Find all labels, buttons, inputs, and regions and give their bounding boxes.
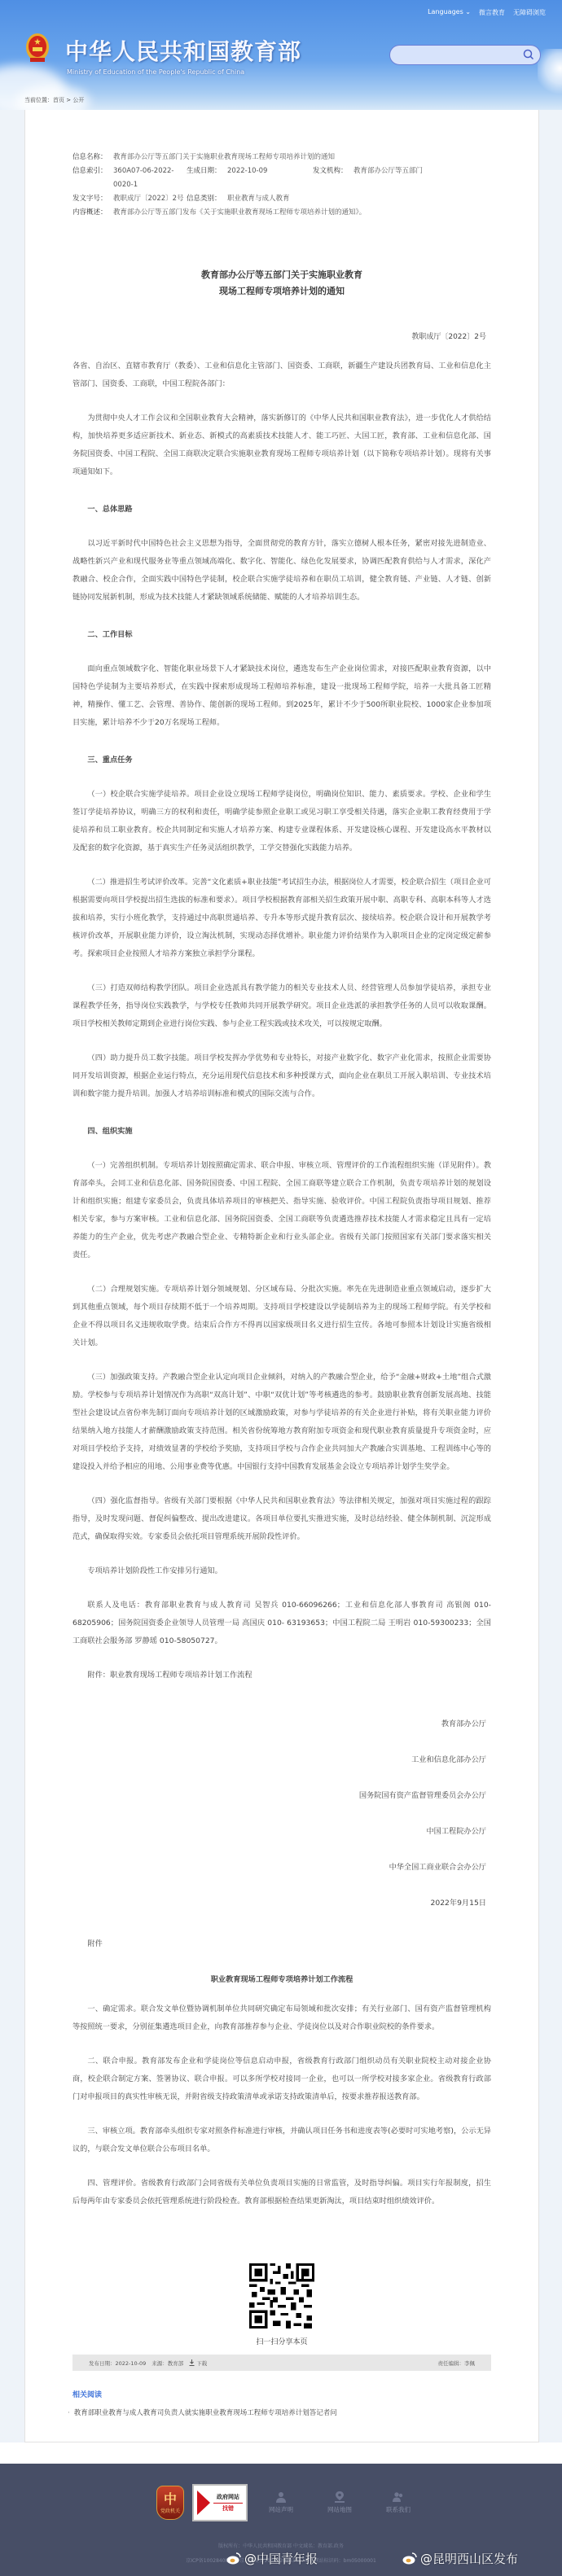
signatory: 国务院国有资产监督管理委员会办公厅 [72,1789,491,1800]
gov-site-error-report-badge[interactable]: 政府网站 找错 [192,2484,248,2521]
meta-label: 信息类别： [187,192,227,206]
footer-icons: 中 党政机关 政府网站 找错 网站声明 网站地图 [156,2484,424,2521]
attachment-paragraph: 三、审核立项。教育部牵头组织专家对照条件标准进行审核，并确认项目任务书和进度表等… [72,2123,491,2158]
weiyan-jiaoyu-link[interactable]: 微言教育 [479,8,505,17]
paragraph: （二）推进招生考试评价改革。完善“文化素质+职业技能”考试招生办法，根据岗位人才… [72,874,491,963]
content-wrapper: 信息名称： 教育部办公厅等五部门关于实施职业教育现场工程师专项培养计划的通知 信… [0,110,562,2442]
publish-date: 发布日期：2022-10-09 [89,2359,146,2367]
site-footer: 中 党政机关 政府网站 找错 网站声明 网站地图 [0,2464,562,2576]
copyright-line: 版权所有：中华人民共和国教育部 中文域名：教育部.政务 [0,2542,562,2549]
footer-link-label: 网站地图 [327,2505,352,2514]
meta-row-docno: 发文字号： 教职成厅〔2022〕2号 信息类别： 职业教育与成人教育 [72,192,491,206]
weibo-icon [402,2552,417,2565]
footer-link-sitemap[interactable]: 网站地图 [314,2491,365,2514]
paragraph: （三）加强政策支持。产教融合型企业认定向项目企业倾斜，对纳入的产教融合型企业，给… [72,1369,491,1476]
meta-label: 信息名称： [72,151,113,164]
footer-link-statement[interactable]: 网站声明 [256,2491,306,2514]
title-line: 教育部办公厅等五部门关于实施职业教育 [72,267,491,283]
download-label: 下载 [196,2359,207,2367]
share-qr-section: 扫一扫分享本页 [72,2259,491,2346]
download-icon [189,2359,195,2366]
signatory: 工业和信息化部办公厅 [72,1753,491,1764]
footer-link-label: 网站声明 [269,2505,293,2514]
watermark-text: @中国青年报 [244,2550,318,2567]
meta-issuer: 教育部办公厅等五部门 [353,164,423,192]
attachment-paragraph: 一、确定需求。联合发文单位暨协调机制单位共同研究确定布局领域和批次安排；有关行业… [72,2000,491,2036]
search-icon[interactable] [523,49,534,60]
meta-index: 360A07-06-2022-0020-1 [113,164,187,192]
magnifier-flag-icon [197,2491,210,2515]
meta-row-summary: 内容概述： 教育部办公厅等五部门发布《关于实施职业教育现场工程师专项培养计划的通… [72,206,491,220]
meta-info-name: 教育部办公厅等五部门关于实施职业教育现场工程师专项培养计划的通知 [113,151,335,164]
contacts-icon [393,2491,404,2503]
sign-date: 2022年9月15日 [72,1896,491,1908]
meta-label: 信息索引： [72,164,113,192]
footer-link-label: 联系我们 [386,2505,411,2514]
national-emblem-icon [25,33,50,64]
paragraph: （一）校企联合实施学徒培养。项目企业设立现场工程师学徒岗位，明确岗位知识、能力、… [72,786,491,857]
download-button[interactable]: 下载 [189,2359,207,2367]
search-box [389,45,541,65]
meta-date: 2022-10-09 [227,164,313,192]
section-heading: 一、总体思路 [72,501,491,519]
person-icon [276,2491,286,2503]
source: 来源：教育部 [151,2359,183,2367]
meta-label: 生成日期： [187,164,227,192]
qr-caption: 扫一扫分享本页 [72,2336,491,2346]
section-heading: 三、重点任务 [72,751,491,769]
qr-code-icon [249,2259,314,2333]
related-reading-link[interactable]: 教育部职业教育与成人教育司负责人就实施职业教育现场工程师专项培养计划答记者问 [68,2407,491,2417]
paragraph: 以习近平新时代中国特色社会主义思想为指导，全面贯彻党的教育方针，落实立德树人根本… [72,535,491,607]
info-meta-table: 信息名称： 教育部办公厅等五部门关于实施职业教育现场工程师专项培养计划的通知 信… [72,151,491,220]
site-subtitle: Ministry of Education of the People's Re… [67,68,244,76]
footer-link-contact[interactable]: 联系我们 [373,2491,424,2514]
signatory: 中华全国工商业联合会办公厅 [72,1860,491,1872]
breadcrumb: 当前位置：首页 > 公开 [24,96,84,104]
paragraph: （一）完善组织机制。专项培养计划按照确定需求、联合申报、审核立项、管理评价的工作… [72,1157,491,1264]
languages-link[interactable]: Languages ⌄ [428,8,471,17]
attachment-label: 附件 [72,1935,491,1953]
meta-label: 发文字号： [72,192,113,206]
addressee: 各省、自治区、直辖市教育厅（教委）、工业和信息化主管部门、国资委、工商联，新疆生… [72,357,491,393]
meta-row-name: 信息名称： 教育部办公厅等五部门关于实施职业教育现场工程师专项培养计划的通知 [72,151,491,164]
meta-summary: 教育部办公厅等五部门发布《关于实施职业教育现场工程师专项培养计划的通知》。 [113,206,366,220]
document-title: 教育部办公厅等五部门关于实施职业教育 现场工程师专项培养计划的通知 [72,267,491,300]
meta-row-index: 信息索引： 360A07-06-2022-0020-1 生成日期： 2022-1… [72,164,491,192]
badge-glyph: 中 [164,2492,177,2507]
accessibility-link[interactable]: 无障碍浏览 [513,8,546,17]
attachment-paragraph: 二、联合申报。教育部发布企业和学徒岗位等信息启动申报，省级教育行政部门组织动员有… [72,2052,491,2106]
party-gov-badge[interactable]: 中 党政机关 [156,2486,184,2520]
search-input[interactable] [390,46,520,64]
dandelion-decoration [538,49,562,98]
related-reading-title: 相关阅读 [72,2389,491,2399]
location-pin-icon [335,2491,345,2503]
signatory: 教育部办公厅 [72,1717,491,1728]
watermark-text: @昆明西山区发布 [420,2550,518,2567]
attachment-title: 职业教育现场工程师专项培养计划工作流程 [72,1973,491,1984]
paragraph: （三）打造双师结构教学团队。项目企业选派具有教学能力的相关专业技术人员、经营管理… [72,979,491,1033]
attachment-reference: 附件：职业教育现场工程师专项培养计划工作流程 [72,1667,491,1684]
signatory: 中国工程院办公厅 [72,1825,491,1836]
paragraph: 面向重点领域数字化、智能化职业场景下人才紧缺技术岗位，遴选发布生产企业岗位需求，… [72,660,491,732]
article-container: 信息名称： 教育部办公厅等五部门关于实施职业教育现场工程师专项培养计划的通知 信… [24,110,539,2442]
section-heading: 四、组织实施 [72,1123,491,1141]
top-links: Languages ⌄ 微言教育 无障碍浏览 [428,8,546,17]
paragraph: （四）强化监督指导。省级有关部门要根据《中华人民共和国职业教育法》等法律相关规定… [72,1492,491,1546]
paragraph: （二）合理规划实施。专项培养计划分领域规划、分区域布局、分批次实施。率先在先进制… [72,1281,491,1352]
document-number: 教职成厅〔2022〕2号 [72,331,491,341]
title-line: 现场工程师专项培养计划的通知 [72,283,491,300]
meta-doc-no: 教职成厅〔2022〕2号 [113,192,187,206]
closing-paragraph: 专项培养计划阶段性工作安排另行通知。 [72,1562,491,1580]
publish-info-bar: 发布日期：2022-10-09 来源：教育部 下载 责任编辑：李佩 [72,2355,491,2371]
paragraph: （四）助力提升员工数字技能。项目学校发挥办学优势和专业特长，对接产业数字化、数字… [72,1049,491,1103]
weibo-watermark: @中国青年报 [226,2550,318,2567]
intro-paragraph: 为贯彻中央人才工作会议和全国职业教育大会精神，落实新修订的《中华人民共和国职业教… [72,410,491,481]
weibo-watermark: @昆明西山区发布 [402,2550,518,2567]
site-header: Languages ⌄ 微言教育 无障碍浏览 中华人民共和国教育部 Minist… [0,0,562,110]
zfwz-bottom: 找错 [222,2504,234,2513]
site-title: 中华人民共和国教育部 [65,34,301,67]
signatories: 教育部办公厅 工业和信息化部办公厅 国务院国有资产监督管理委员会办公厅 中国工程… [72,1717,491,1908]
meta-label: 内容概述： [72,206,113,220]
badge-label: 党政机关 [160,2507,180,2514]
meta-label: 发文机构： [313,164,353,192]
meta-category: 职业教育与成人教育 [227,192,290,206]
contact-paragraph: 联系人及电话：教育部职业教育与成人教育司 吴智兵 010-66096266；工业… [72,1597,491,1650]
attachment-paragraph: 四、管理评价。省级教育行政部门会同省级有关单位负责项目实施的日常监管，及时指导纠… [72,2175,491,2210]
zfwz-top: 政府网站 [217,2493,239,2502]
weibo-icon [226,2552,241,2565]
editor: 责任编辑：李佩 [438,2359,476,2367]
section-heading: 二、工作目标 [72,626,491,644]
